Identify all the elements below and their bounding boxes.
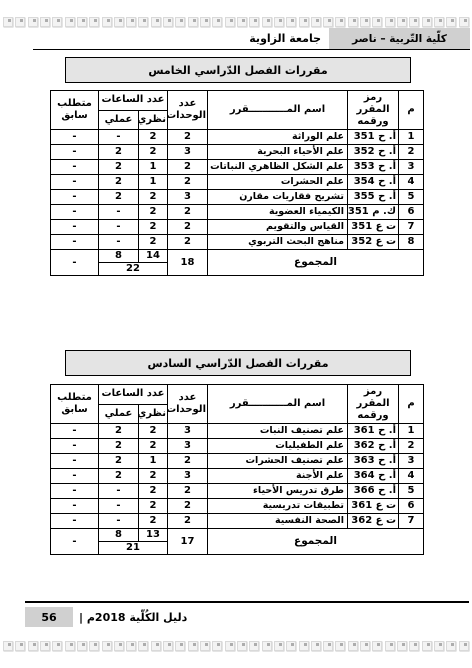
course-prereq: -: [51, 514, 99, 529]
total-theory: 13: [139, 529, 168, 542]
course-theory-hours: 1: [139, 454, 168, 469]
course-practical-hours: -: [99, 514, 139, 529]
course-practical-hours: -: [99, 205, 139, 220]
course-name: علم الطفيليات: [208, 439, 348, 454]
course-prereq: -: [51, 205, 99, 220]
course-units: 2: [168, 160, 208, 175]
course-code: ت ع 361: [348, 499, 399, 514]
semester5-table: م رمز المقرر ورقمه اسم المـــــــــــقرر…: [50, 90, 424, 276]
course-code: أ. ح 351: [348, 130, 399, 145]
total-practical: 8: [99, 529, 139, 542]
footer-divider: [25, 601, 469, 603]
course-practical-hours: 2: [99, 439, 139, 454]
course-prereq: -: [51, 484, 99, 499]
col-header-num: م: [399, 385, 424, 424]
course-theory-hours: 2: [139, 469, 168, 484]
faculty-name-box: كلّية التّربية – ناصر: [329, 28, 470, 49]
course-practical-hours: -: [99, 235, 139, 250]
table-row: 1 أ. ح 351 علم الوراثة 2 2 - -: [51, 130, 424, 145]
course-name: الصحة النفسية: [208, 514, 348, 529]
faculty-name: كلّية التّربية – ناصر: [352, 33, 447, 45]
course-prereq: -: [51, 175, 99, 190]
table-row: 1 أ. ح 361 علم تصنيف النبات 3 2 2 -: [51, 424, 424, 439]
course-num: 3: [399, 454, 424, 469]
table-row: 5 أ. ح 366 طرق تدريس الأحياء 2 2 - -: [51, 484, 424, 499]
col-header-prereq: متطلب سابق: [51, 385, 99, 424]
table-row: 6 ك. م 351 الكيمياء العضوية 2 2 - -: [51, 205, 424, 220]
table-row: 6 ت ع 361 تطبيقات تدريسية 2 2 - -: [51, 499, 424, 514]
course-units: 2: [168, 454, 208, 469]
course-name: مناهج البحث التربوي: [208, 235, 348, 250]
course-num: 2: [399, 439, 424, 454]
course-code: أ. ح 354: [348, 175, 399, 190]
semester6-title-box: مقررات الفصل الدّراسي السادس: [65, 350, 411, 376]
course-code: أ. ح 366: [348, 484, 399, 499]
course-practical-hours: -: [99, 130, 139, 145]
course-num: 1: [399, 130, 424, 145]
course-code: أ. ح 352: [348, 145, 399, 160]
table-row: 7 ت ع 351 القياس والتقويم 2 2 - -: [51, 220, 424, 235]
course-theory-hours: 2: [139, 130, 168, 145]
decorative-border-top: [3, 15, 469, 28]
course-theory-hours: 2: [139, 514, 168, 529]
course-num: 5: [399, 190, 424, 205]
course-units: 3: [168, 145, 208, 160]
course-theory-hours: 2: [139, 424, 168, 439]
course-prereq: -: [51, 235, 99, 250]
course-name: علم تصنيف النبات: [208, 424, 348, 439]
course-units: 3: [168, 469, 208, 484]
course-prereq: -: [51, 160, 99, 175]
course-name: الكيمياء العضوية: [208, 205, 348, 220]
col-header-name: اسم المـــــــــــقرر: [208, 385, 348, 424]
total-units: 17: [168, 529, 208, 555]
col-header-name: اسم المـــــــــــقرر: [208, 91, 348, 130]
table-row: 8 ت ع 352 مناهج البحث التربوي 2 2 - -: [51, 235, 424, 250]
course-theory-hours: 2: [139, 439, 168, 454]
course-theory-hours: 2: [139, 484, 168, 499]
course-practical-hours: 2: [99, 424, 139, 439]
course-name: طرق تدريس الأحياء: [208, 484, 348, 499]
semester6-table: م رمز المقرر ورقمه اسم المـــــــــــقرر…: [50, 384, 424, 555]
course-code: أ. ح 361: [348, 424, 399, 439]
course-theory-hours: 2: [139, 145, 168, 160]
total-units: 18: [168, 250, 208, 276]
course-theory-hours: 2: [139, 190, 168, 205]
course-prereq: -: [51, 130, 99, 145]
course-prereq: -: [51, 454, 99, 469]
course-prereq: -: [51, 190, 99, 205]
col-header-practical: عملي: [99, 110, 139, 130]
col-header-practical: عملي: [99, 404, 139, 424]
table-row: 4 أ. ح 354 علم الحشرات 2 1 2 -: [51, 175, 424, 190]
course-name: تطبيقات تدريسية: [208, 499, 348, 514]
guide-label: دليل الكُلّية 2018م |: [79, 611, 187, 624]
semester5-title-box: مقررات الفصل الدّراسي الخامس: [65, 57, 411, 83]
col-header-code: رمز المقرر ورقمه: [348, 91, 399, 130]
course-num: 8: [399, 235, 424, 250]
course-theory-hours: 2: [139, 499, 168, 514]
course-num: 3: [399, 160, 424, 175]
course-code: أ. ح 353: [348, 160, 399, 175]
col-header-theory: نظري: [139, 404, 168, 424]
course-prereq: -: [51, 469, 99, 484]
course-name: علم الأحياء البحرية: [208, 145, 348, 160]
page-footer: دليل الكُلّية 2018م | 56: [25, 607, 187, 627]
total-label: المجموع: [208, 529, 424, 555]
course-prereq: -: [51, 424, 99, 439]
course-name: تشريح فقاريات مقارن: [208, 190, 348, 205]
col-header-prereq: متطلب سابق: [51, 91, 99, 130]
course-units: 2: [168, 235, 208, 250]
course-practical-hours: -: [99, 220, 139, 235]
course-units: 2: [168, 205, 208, 220]
total-hours-sum: 21: [99, 542, 168, 555]
course-practical-hours: 2: [99, 160, 139, 175]
semester6-title: مقررات الفصل الدّراسي السادس: [147, 357, 328, 370]
total-row: المجموع 18 14 8 -: [51, 250, 424, 263]
course-prereq: -: [51, 439, 99, 454]
course-units: 2: [168, 130, 208, 145]
semester5-title: مقررات الفصل الدّراسي الخامس: [148, 64, 327, 77]
course-practical-hours: 2: [99, 190, 139, 205]
course-num: 4: [399, 469, 424, 484]
course-practical-hours: -: [99, 499, 139, 514]
decorative-border-bottom: [3, 639, 469, 652]
table-row: 4 أ. ح 364 علم الأجنة 3 2 2 -: [51, 469, 424, 484]
total-label: المجموع: [208, 250, 424, 276]
total-prereq: -: [51, 250, 99, 276]
table-row: 3 أ. ح 363 علم تصنيف الحشرات 2 1 2 -: [51, 454, 424, 469]
course-units: 3: [168, 190, 208, 205]
course-name: علم الوراثة: [208, 130, 348, 145]
course-num: 7: [399, 514, 424, 529]
total-row: المجموع 17 13 8 -: [51, 529, 424, 542]
course-code: أ. ح 364: [348, 469, 399, 484]
course-num: 4: [399, 175, 424, 190]
course-theory-hours: 1: [139, 175, 168, 190]
page-number: 56: [41, 611, 56, 624]
document-page: كلّية التّربية – ناصر جامعة الزاوية مقرر…: [0, 0, 472, 668]
university-name: جامعة الزاوية: [249, 32, 321, 45]
total-practical: 8: [99, 250, 139, 263]
course-code: ت ع 351: [348, 220, 399, 235]
col-header-code: رمز المقرر ورقمه: [348, 385, 399, 424]
course-prereq: -: [51, 145, 99, 160]
col-header-hours: عدد الساعات: [99, 385, 168, 405]
course-name: علم تصنيف الحشرات: [208, 454, 348, 469]
course-num: 6: [399, 499, 424, 514]
page-header: كلّية التّربية – ناصر جامعة الزاوية: [249, 28, 470, 49]
course-units: 2: [168, 499, 208, 514]
course-num: 1: [399, 424, 424, 439]
col-header-hours: عدد الساعات: [99, 91, 168, 111]
course-num: 7: [399, 220, 424, 235]
course-practical-hours: 2: [99, 454, 139, 469]
total-hours-sum: 22: [99, 263, 168, 276]
course-theory-hours: 2: [139, 205, 168, 220]
course-code: ك. م 351: [348, 205, 399, 220]
course-theory-hours: 2: [139, 220, 168, 235]
col-header-theory: نظري: [139, 110, 168, 130]
course-units: 2: [168, 220, 208, 235]
course-practical-hours: 2: [99, 145, 139, 160]
table-row: 7 ت ع 362 الصحة النفسية 2 2 - -: [51, 514, 424, 529]
total-theory: 14: [139, 250, 168, 263]
table-row: 5 أ. ح 355 تشريح فقاريات مقارن 3 2 2 -: [51, 190, 424, 205]
table-row: 2 أ. ح 362 علم الطفيليات 3 2 2 -: [51, 439, 424, 454]
course-num: 5: [399, 484, 424, 499]
col-header-units: عدد الوحدات: [168, 385, 208, 424]
course-num: 6: [399, 205, 424, 220]
table-row: 2 أ. ح 352 علم الأحياء البحرية 3 2 2 -: [51, 145, 424, 160]
course-name: علم الحشرات: [208, 175, 348, 190]
course-practical-hours: 2: [99, 175, 139, 190]
course-code: أ. ح 355: [348, 190, 399, 205]
course-practical-hours: 2: [99, 469, 139, 484]
course-name: علم الشكل الظاهري النباتات: [208, 160, 348, 175]
course-units: 2: [168, 484, 208, 499]
header-divider: [33, 49, 470, 50]
course-units: 2: [168, 514, 208, 529]
course-code: ت ع 362: [348, 514, 399, 529]
course-prereq: -: [51, 499, 99, 514]
course-name: القياس والتقويم: [208, 220, 348, 235]
course-code: أ. ح 362: [348, 439, 399, 454]
course-name: علم الأجنة: [208, 469, 348, 484]
course-units: 2: [168, 175, 208, 190]
course-practical-hours: -: [99, 484, 139, 499]
total-prereq: -: [51, 529, 99, 555]
page-number-box: 56: [25, 607, 73, 627]
course-prereq: -: [51, 220, 99, 235]
course-theory-hours: 2: [139, 235, 168, 250]
table-row: 3 أ. ح 353 علم الشكل الظاهري النباتات 2 …: [51, 160, 424, 175]
course-units: 3: [168, 424, 208, 439]
course-num: 2: [399, 145, 424, 160]
col-header-units: عدد الوحدات: [168, 91, 208, 130]
course-theory-hours: 1: [139, 160, 168, 175]
col-header-num: م: [399, 91, 424, 130]
course-units: 3: [168, 439, 208, 454]
course-code: ت ع 352: [348, 235, 399, 250]
course-code: أ. ح 363: [348, 454, 399, 469]
